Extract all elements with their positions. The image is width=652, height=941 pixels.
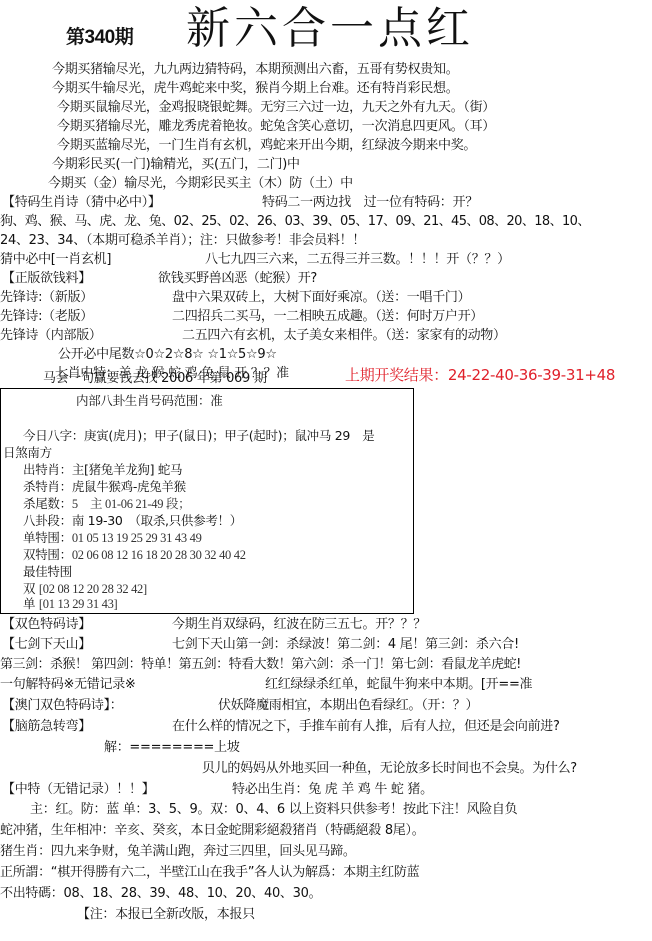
kill-zodiac: 杀特肖：虎鼠牛猴鸡-虎兔羊猴 — [23, 478, 186, 496]
note-line: 【注：本报已全新改版，本报只 — [77, 906, 255, 924]
even-range: 双特围：02 06 08 12 16 18 20 28 30 32 40 42 — [23, 546, 246, 564]
bagua-label: 八卦段： — [23, 513, 72, 528]
kill-zodiac-label: 杀特肖： — [23, 479, 72, 494]
poem-section-text: 特码二一两边找 过一位有特码：开？ — [262, 194, 478, 212]
intro-line: 今期买鼠输尽光，金鸡报晓银蛇舞。无穷三六过一边，九天之外有九天。（街） — [57, 99, 495, 117]
special-text: 特必出生肖：兔 虎 羊 鸡 牛 蛇 猪。 — [232, 781, 433, 799]
one-phrase-text: 红红绿绿杀红单，蛇鼠牛狗来中本期。[开==准 — [265, 676, 532, 694]
seven-swords-line: 第三剑：杀猴！ 第四剑：特单！第五剑：特看大数！第六剑：杀一门！第七剑：看鼠龙羊… — [0, 656, 521, 674]
issue-number: 第340期 — [66, 22, 133, 49]
riddle-question-2: 贝儿的妈妈从外地买回一种鱼，无论放多长时间也不会臭。为什么? — [202, 760, 577, 778]
bazi-line: 日煞南方 — [3, 444, 52, 462]
bagua-segment: 八卦段：南 19-30 （取杀,只供参考！） — [23, 512, 242, 530]
special-label: 【中特（无错记录）！！】 — [2, 781, 154, 799]
vanguard-label: 先锋诗:（老版） — [0, 308, 93, 326]
intro-line: 今期买牛输尽光，虎牛鸡蛇来中奖，猴肖今期上台难。还有特肖彩民想。 — [52, 80, 458, 98]
vanguard-text: 盘中六果双砖上，大树下面好乘凉。（送：一唱千门） — [172, 289, 470, 307]
mystery-label: 猜中必中[一肖玄机] — [0, 251, 111, 269]
out-zodiac: 出特肖：主[猪兔羊龙狗] 蛇马 — [23, 461, 182, 479]
kill-tail: 杀尾数：5 主 01-06 21-49 段； — [23, 495, 190, 513]
kill-tail-value: 5 主 01-06 21-49 段； — [72, 497, 191, 511]
intro-line: 今期买蓝输尽光，一门生肖有玄机，鸡蛇来开出今期，红绿波今期来中奖。 — [57, 137, 476, 155]
vanguard-label: 先锋诗:（新版） — [0, 289, 93, 307]
vanguard-label: 先锋诗（内部版） — [0, 327, 102, 345]
macau-label: 【澳门双色特码诗】： — [2, 697, 123, 715]
best-odd-value: [01 13 29 31 43] — [39, 597, 118, 611]
poem-list-line: 狗、鸡、猴、马、虎、龙、兔、02、25、02、26、03、39、05、17、09… — [0, 213, 590, 231]
intro-line: 今期彩民买(一门)输精光，买(五门，二门)中 — [52, 156, 300, 174]
odd-range: 单特围：01 05 13 19 25 29 31 43 49 — [23, 529, 202, 547]
double-color-label: 【双色特码诗】 — [2, 616, 91, 634]
saying-line: 正所謂：“棋开得勝有六二，半壁江山在我手”各人认为解爲：本期主红防蓝 — [0, 864, 419, 882]
intro-line: 今期买（金）输尽光，今期彩民买主（木）防（土）中 — [48, 175, 353, 193]
genuine-text: 欲钱买野兽凶恶（蛇猴）开? — [158, 270, 317, 288]
tail-numbers: 公开必中尾数☆0☆2☆8☆ ☆1☆5☆9☆ — [58, 346, 277, 364]
even-range-value: 02 06 08 12 16 18 20 28 30 32 40 42 — [72, 548, 246, 562]
vanguard-text: 二五四六有玄机，太子美女来相伴。（送：家家有的动物） — [182, 327, 506, 345]
odd-range-label: 单特围： — [23, 530, 72, 545]
odd-range-value: 01 05 13 19 25 29 31 43 49 — [72, 531, 202, 545]
special-line: 主：红。防：蓝 单：3、5、9。双：0、4、6 以上资料只供参考！按此下注！风险… — [30, 801, 517, 819]
poem-section-label: 【特码生肖诗（猜中必中）】 — [2, 194, 161, 212]
kill-tail-label: 杀尾数： — [23, 496, 72, 511]
last-result-label: 上期开奖结果： — [345, 366, 448, 384]
pig-line: 猪生肖：四九来争财，兔羊满山跑，奔过三四里，回头见马蹄。 — [0, 843, 356, 861]
macau-text: 伏妖降魔雨相宜，本期出色看绿红。（开：？） — [218, 697, 478, 715]
double-color-text: 今期生肖双绿码，红波在防三五七。开？？？ — [172, 616, 426, 634]
even-range-label: 双特围： — [23, 547, 72, 562]
horse-club: 马会一句赢要钱去找 2006 年第 069 期 — [43, 370, 267, 388]
last-result-numbers: 24-22-40-36-39-31+48 — [448, 366, 615, 384]
bagua-box: 内部八卦生肖号码范围：准 今日八字：庚寅(虎月)；甲子(鼠日)；甲子(起时)；鼠… — [0, 388, 414, 614]
page-title: 新六合一点红 — [186, 4, 474, 54]
box-title: 内部八卦生肖号码范围：准 — [76, 392, 222, 410]
one-phrase-label: 一句解特码※无错记录※ — [0, 676, 136, 694]
last-result: 上期开奖结果：24-22-40-36-39-31+48 — [345, 366, 615, 384]
no-special-line: 不出特碼：08、18、28、39、48、10、20、40、30。 — [0, 885, 321, 903]
best-odd-label: 单 — [23, 596, 35, 611]
intro-line: 今期买猪输尽光，九九两边猜特码，本期预测出六畜，五哥有势权贵知。 — [52, 61, 458, 79]
seven-swords-label: 【七剑下天山】 — [2, 636, 91, 654]
vanguard-text: 二四招兵二买马，一二相映五成趣。（送：何时万户开） — [172, 308, 483, 326]
genuine-label: 【正版欲钱料】 — [2, 270, 91, 288]
best-odd: 单 [01 13 29 31 43] — [23, 595, 117, 613]
best-range-label: 最佳特围 — [23, 563, 72, 581]
best-even-value: [02 08 12 20 28 32 42] — [39, 582, 147, 596]
kill-zodiac-value: 虎鼠牛猴鸡-虎兔羊猴 — [72, 479, 186, 494]
best-even-label: 双 — [23, 581, 35, 596]
riddle-question: 在什么样的情况之下，手推车前有人推，后有人拉，但还是会向前进? — [172, 718, 560, 736]
out-zodiac-label: 出特肖： — [23, 462, 72, 477]
bagua-value: 南 19-30 （取杀,只供参考！） — [72, 513, 242, 528]
seven-swords-line: 七剑下天山第一剑：杀绿波！第二剑：4 尾！第三剑：杀六合! — [172, 636, 519, 654]
intro-line: 今期买猪输尽光，雕龙秀虎着艳妆。蛇兔含笑心意切，一次消息四更风。（耳） — [57, 118, 495, 136]
riddle-label: 【脑筋急转弯】 — [2, 718, 91, 736]
snake-line: 蛇冲猪，生年相冲：辛亥、癸亥，本日金蛇開彩絕殺猪肖（特碼絕殺 8尾）。 — [0, 822, 424, 840]
mystery-text: 八七九四三六来，二五得三并三数。！！！开（？？） — [205, 251, 510, 269]
out-zodiac-value: 主[猪兔羊龙狗] 蛇马 — [72, 462, 182, 477]
bazi-line: 今日八字：庚寅(虎月)；甲子(鼠日)；甲子(起时)；鼠冲马 29 是 — [23, 427, 374, 445]
riddle-answer: 解：========上坡 — [104, 739, 240, 757]
poem-list-line: 24、23、34、（本期可稳杀羊肖）；注：只做参考！非会员料！！ — [0, 232, 365, 250]
